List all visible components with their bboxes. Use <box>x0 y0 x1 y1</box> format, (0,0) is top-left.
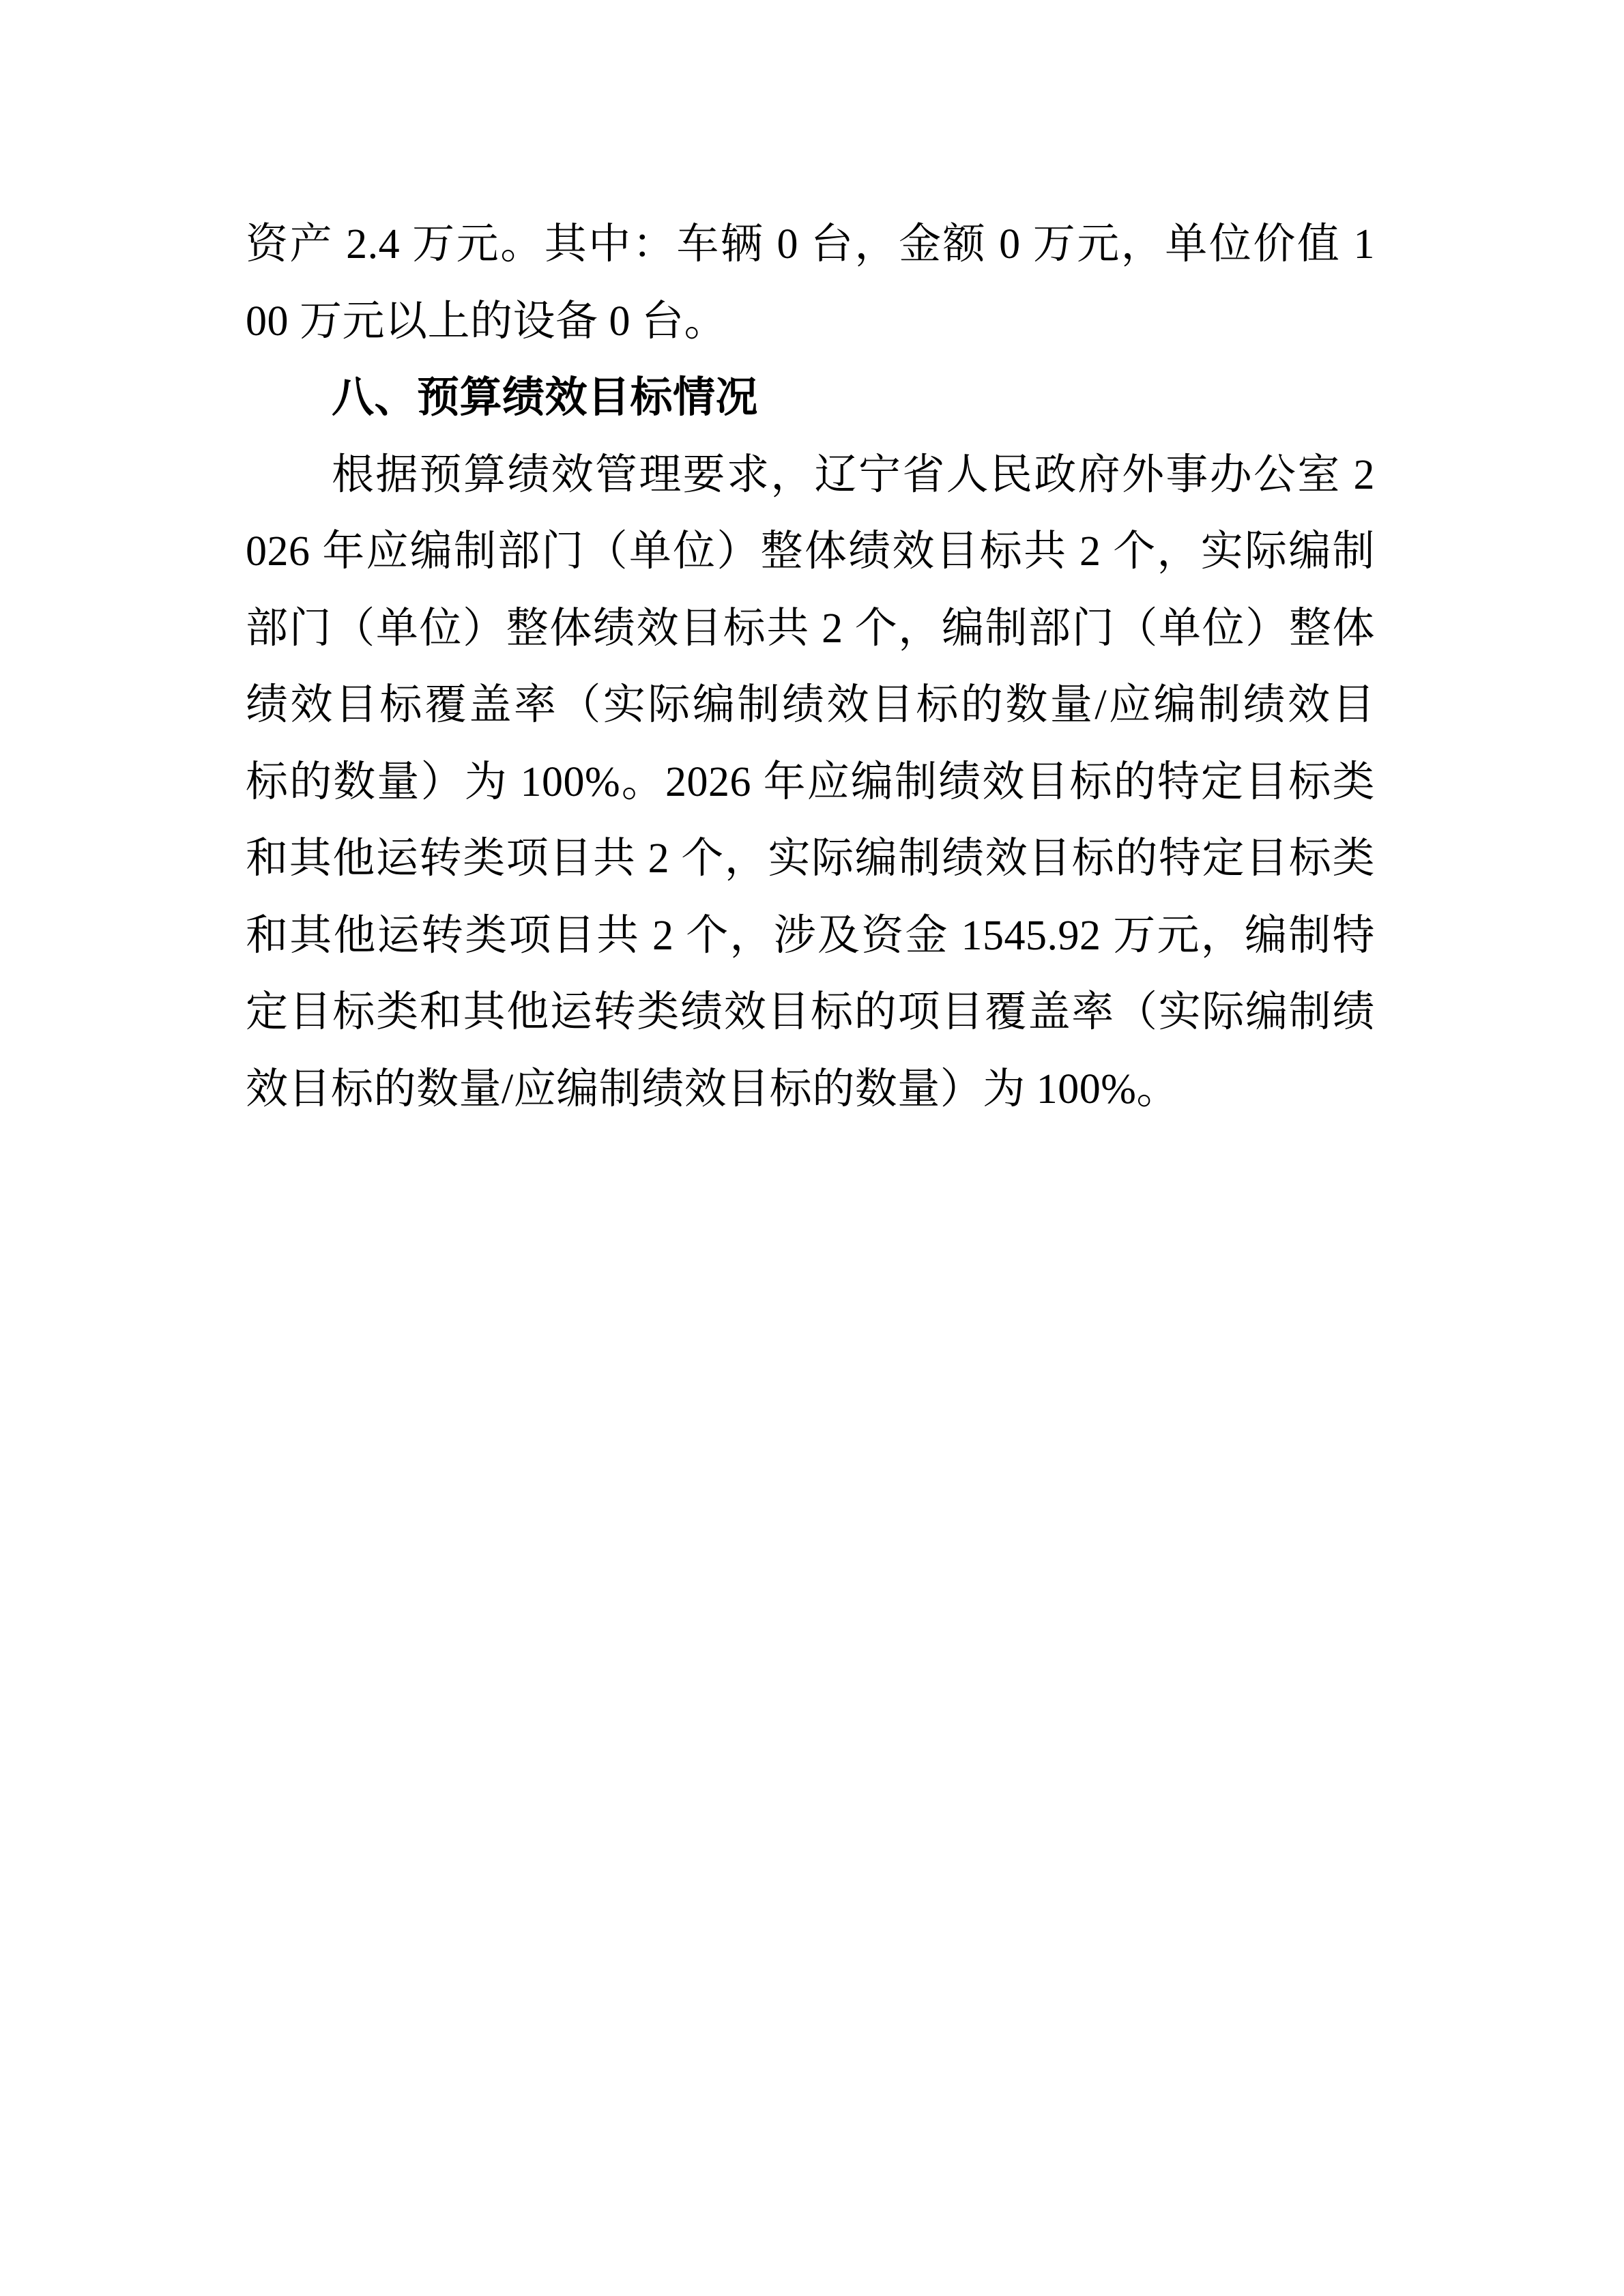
document-page: 资产 2.4 万元。其中：车辆 0 台，金额 0 万元，单位价值 1 00 万元… <box>0 0 1624 2296</box>
paragraph-line: 标的数量）为 100%。2026 年应编制绩效目标的特定目标类 <box>246 744 1375 821</box>
paragraph-line: 定目标类和其他运转类绩效目标的项目覆盖率（实际编制绩 <box>246 974 1375 1051</box>
paragraph-line: 根据预算绩效管理要求，辽宁省人民政府外事办公室 2 <box>246 437 1375 514</box>
paragraph-line: 部门（单位）整体绩效目标共 2 个，编制部门（单位）整体 <box>246 590 1375 668</box>
paragraph-line: 和其他运转类项目共 2 个，涉及资金 1545.92 万元，编制特 <box>246 898 1375 975</box>
paragraph-line: 绩效目标覆盖率（实际编制绩效目标的数量/应编制绩效目 <box>246 667 1375 744</box>
paragraph-line: 00 万元以上的设备 0 台。 <box>246 283 1375 360</box>
paragraph-line: 资产 2.4 万元。其中：车辆 0 台，金额 0 万元，单位价值 1 <box>246 206 1375 283</box>
document-content: 资产 2.4 万元。其中：车辆 0 台，金额 0 万元，单位价值 1 00 万元… <box>246 206 1375 1128</box>
paragraph-line: 026 年应编制部门（单位）整体绩效目标共 2 个，实际编制 <box>246 513 1375 590</box>
paragraph-line: 效目标的数量/应编制绩效目标的数量）为 100%。 <box>246 1051 1375 1128</box>
section-heading: 八、预算绩效目标情况 <box>246 360 1375 437</box>
paragraph-line: 和其他运转类项目共 2 个，实际编制绩效目标的特定目标类 <box>246 820 1375 898</box>
